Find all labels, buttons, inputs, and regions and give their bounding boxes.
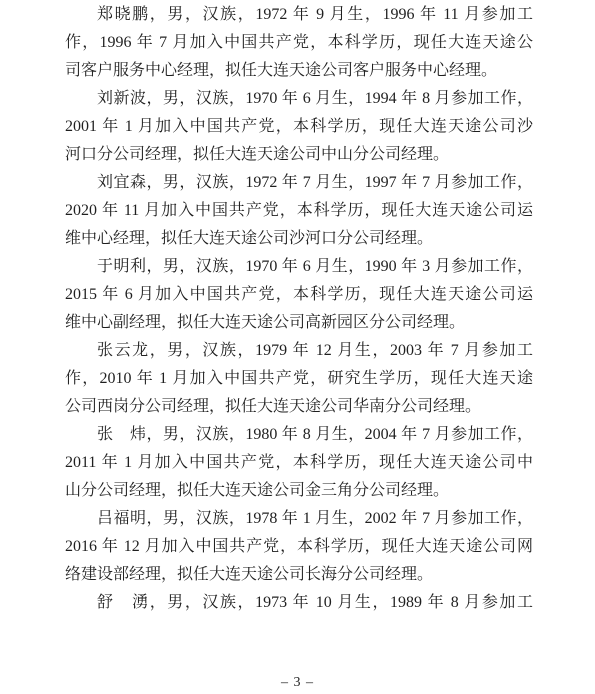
text-line: 张云龙，男，汉族，1979 年 12 月生，2003 年 7 月参加工 (65, 337, 533, 365)
text-line: 山分公司经理，拟任大连天途公司金三角分公司经理。 (65, 477, 533, 505)
paragraph: 于明利，男，汉族，1970 年 6 月生，1990 年 3 月参加工作，2015… (65, 253, 533, 337)
text-line: 络建设部经理，拟任大连天途公司长海分公司经理。 (65, 561, 533, 589)
text-line: 河口分公司经理，拟任大连天途公司中山分公司经理。 (65, 141, 533, 169)
page-number: – 3 – (0, 673, 595, 693)
text-line: 作，2010 年 1 月加入中国共产党，研究生学历，现任大连天途 (65, 365, 533, 393)
text-line: 2020 年 11 月加入中国共产党，本科学历，现任大连天途公司运 (65, 197, 533, 225)
text-line: 维中心副经理，拟任大连天途公司高新园区分公司经理。 (65, 309, 533, 337)
paragraph: 舒 湧，男，汉族，1973 年 10 月生，1989 年 8 月参加工 (65, 589, 533, 617)
document-body: 郑晓鹏，男，汉族，1972 年 9 月生，1996 年 11 月参加工作，199… (65, 1, 533, 617)
text-line: 刘宜森，男，汉族，1972 年 7 月生，1997 年 7 月参加工作， (65, 169, 533, 197)
paragraph: 张 炜，男，汉族，1980 年 8 月生，2004 年 7 月参加工作，2011… (65, 421, 533, 505)
text-line: 2001 年 1 月加入中国共产党，本科学历，现任大连天途公司沙 (65, 113, 533, 141)
paragraph: 吕福明，男，汉族，1978 年 1 月生，2002 年 7 月参加工作，2016… (65, 505, 533, 589)
text-line: 维中心经理，拟任大连天途公司沙河口分公司经理。 (65, 225, 533, 253)
text-line: 舒 湧，男，汉族，1973 年 10 月生，1989 年 8 月参加工 (65, 589, 533, 617)
text-line: 公司西岗分公司经理，拟任大连天途公司华南分公司经理。 (65, 393, 533, 421)
text-line: 张 炜，男，汉族，1980 年 8 月生，2004 年 7 月参加工作， (65, 421, 533, 449)
text-line: 2016 年 12 月加入中国共产党，本科学历，现任大连天途公司网 (65, 533, 533, 561)
text-line: 于明利，男，汉族，1970 年 6 月生，1990 年 3 月参加工作， (65, 253, 533, 281)
text-line: 吕福明，男，汉族，1978 年 1 月生，2002 年 7 月参加工作， (65, 505, 533, 533)
paragraph: 刘新波，男，汉族，1970 年 6 月生，1994 年 8 月参加工作，2001… (65, 85, 533, 169)
paragraph: 郑晓鹏，男，汉族，1972 年 9 月生，1996 年 11 月参加工作，199… (65, 1, 533, 85)
paragraph: 张云龙，男，汉族，1979 年 12 月生，2003 年 7 月参加工作，201… (65, 337, 533, 421)
text-line: 司客户服务中心经理，拟任大连天途公司客户服务中心经理。 (65, 57, 533, 85)
document-page: 郑晓鹏，男，汉族，1972 年 9 月生，1996 年 11 月参加工作，199… (0, 0, 595, 694)
text-line: 2011 年 1 月加入中国共产党，本科学历，现任大连天途公司中 (65, 449, 533, 477)
text-line: 郑晓鹏，男，汉族，1972 年 9 月生，1996 年 11 月参加工 (65, 1, 533, 29)
text-line: 刘新波，男，汉族，1970 年 6 月生，1994 年 8 月参加工作， (65, 85, 533, 113)
text-line: 作，1996 年 7 月加入中国共产党，本科学历，现任大连天途公 (65, 29, 533, 57)
text-line: 2015 年 6 月加入中国共产党，本科学历，现任大连天途公司运 (65, 281, 533, 309)
paragraph: 刘宜森，男，汉族，1972 年 7 月生，1997 年 7 月参加工作，2020… (65, 169, 533, 253)
